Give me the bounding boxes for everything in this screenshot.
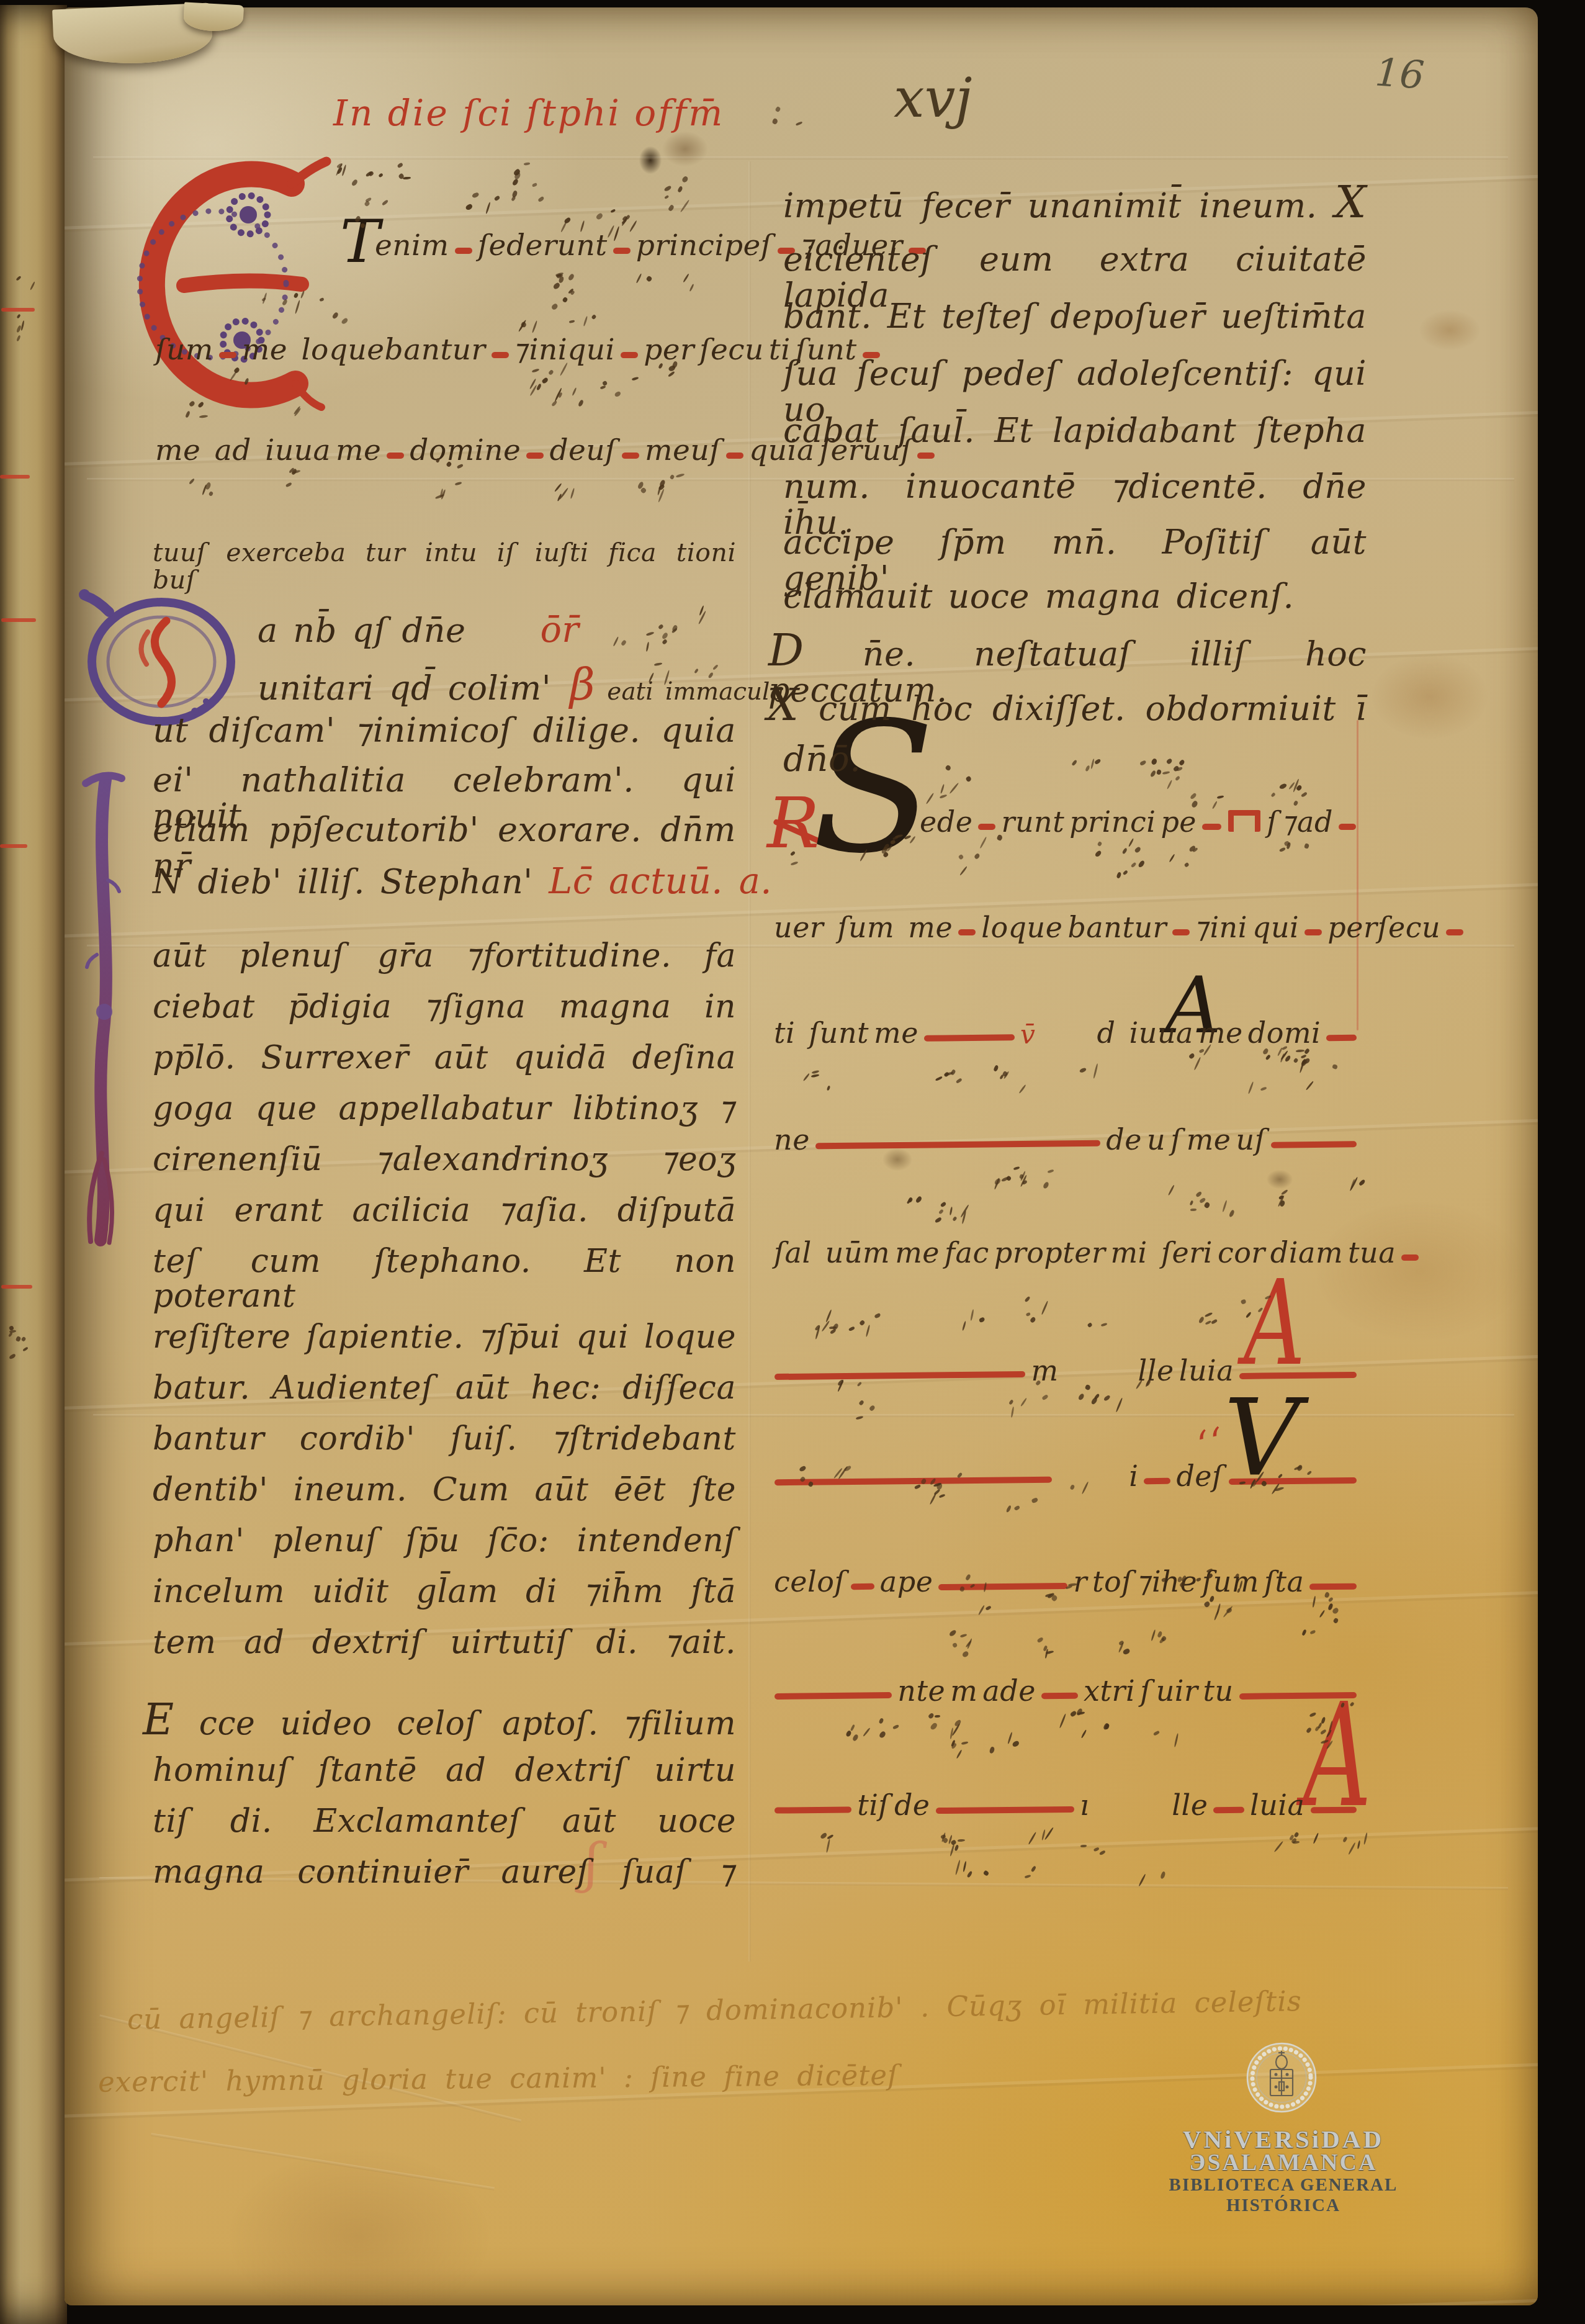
neume-mark (1035, 1380, 1041, 1386)
neume-mark (969, 1584, 975, 1589)
neume-mark (1331, 1607, 1339, 1615)
chant-line: ſal uūmmefacproptermi ſericordiamtua (771, 1230, 1360, 1269)
melisma-extender (1446, 929, 1463, 935)
neume-mark (341, 164, 347, 176)
chant-line: ntemadextriſuirtu (771, 1669, 1360, 1707)
neume-band (801, 1826, 1223, 1893)
neume-mark (1296, 785, 1303, 791)
neume-mark (956, 1078, 963, 1083)
neume-mark (351, 179, 359, 187)
neume-mark (1122, 1648, 1131, 1655)
neume-mark (664, 195, 669, 199)
neume-band (17, 239, 53, 379)
neume-mark (1340, 1702, 1345, 1708)
neume-mark (1193, 1057, 1201, 1071)
neume-mark (1103, 1394, 1111, 1401)
text-fragment: E (143, 1695, 174, 1745)
neume-mark (1293, 800, 1299, 806)
neume-mark (1313, 1596, 1317, 1608)
neume-mark (1160, 1871, 1166, 1879)
neume-mark (803, 1073, 810, 1081)
neume-mark (1031, 1866, 1037, 1873)
neume-band (801, 1296, 1359, 1340)
melisma-extender (621, 352, 638, 358)
neume-mark (1077, 1393, 1085, 1401)
neume-mark (1209, 1595, 1215, 1602)
neume-mark (1116, 871, 1121, 879)
syllable: qui (1250, 912, 1301, 944)
neume-mark (1101, 1322, 1108, 1326)
neume-mark (1166, 758, 1173, 765)
neume-mark (1247, 1081, 1254, 1094)
syllable: cor (1215, 1238, 1268, 1269)
neume-mark (1309, 1711, 1316, 1717)
melisma-extender (936, 1806, 1074, 1814)
neume-mark (820, 1832, 828, 1840)
neume-mark (980, 837, 988, 849)
neume-mark (1257, 1307, 1263, 1313)
neume-mark (1342, 1836, 1348, 1842)
neume-mark (1234, 1574, 1239, 1579)
neume-mark (30, 281, 36, 290)
melisma-extender (455, 248, 472, 254)
neume-mark (1069, 1484, 1075, 1490)
text-fragment: incelum uidit gl̄am di ⁊ih̄m ſtā (153, 1573, 736, 1610)
neume-mark (1174, 1733, 1179, 1747)
text-fragment: magna continuier̄ aureſ ſuaſ ⁊ (153, 1853, 736, 1891)
neume-mark (524, 162, 530, 165)
text-line: bantur cordib' ſuiſ. ⁊ſtridebant (153, 1421, 736, 1456)
text-line: reſiſtere ſapientie. ⁊ſp̄ui qui loque (153, 1320, 736, 1354)
text-line: aūt plenuſ gr̄a ⁊fortitudine. fa (153, 939, 736, 973)
neume-mark (890, 839, 896, 844)
neume-mark (1099, 1850, 1106, 1855)
text-line: batur. Audienteſ aūt hec: diſſeca (153, 1371, 736, 1405)
text-fragment: D (768, 624, 804, 676)
text-fragment: phan' plenuſ ſp̄u ſc̄o: intendenſ (153, 1522, 736, 1559)
neume-mark (1265, 1054, 1271, 1060)
neume-mark (1313, 1832, 1319, 1844)
neume-mark (1203, 1201, 1211, 1209)
neume-mark (775, 106, 781, 113)
syllable: diam (1268, 1238, 1345, 1269)
neume-mark (964, 1574, 971, 1581)
syllable: me (892, 1238, 942, 1269)
neume-mark (925, 793, 934, 804)
neume-mark (1145, 1379, 1151, 1387)
neume-mark (914, 1484, 921, 1490)
neume-mark (1207, 1573, 1214, 1579)
neume-mark (1007, 1732, 1013, 1744)
neume-mark (878, 1730, 886, 1739)
syllable: tua (1345, 1238, 1398, 1269)
neume-mark (1319, 1610, 1325, 1618)
melisma-extender (1401, 1254, 1419, 1261)
neume-mark (827, 1834, 834, 1840)
neume-mark (1006, 1176, 1012, 1182)
neume-band (987, 1162, 1372, 1223)
neume-mark (1082, 1481, 1090, 1495)
neume-mark (1264, 1295, 1271, 1300)
neume-mark (472, 192, 480, 199)
syllable: me (1184, 1125, 1234, 1156)
syllable: ede (917, 807, 975, 838)
neume-mark (920, 1478, 927, 1485)
neume-mark (548, 370, 554, 376)
neume-mark (959, 866, 968, 876)
neume-mark (1097, 841, 1102, 847)
neume-mark (1008, 1399, 1014, 1405)
neume-mark (1153, 1731, 1160, 1736)
syllable: princi (1067, 807, 1158, 838)
neume-mark (961, 1651, 969, 1658)
neume-mark (892, 1724, 899, 1729)
neume-mark (808, 1481, 814, 1487)
neume-mark (360, 223, 366, 229)
syllable: perſecu (1325, 912, 1443, 944)
neume-mark (20, 320, 25, 331)
syllable: uer ſum me (771, 912, 955, 944)
text-line: bant. Et teſteſ depoſuer̄ ueſtim̄ta (783, 299, 1367, 335)
neume-mark (879, 1718, 885, 1724)
syllable: de (1103, 1125, 1144, 1156)
neume-mark (810, 1074, 819, 1078)
neume-mark (712, 664, 719, 670)
neume-mark (671, 361, 678, 369)
neume-mark (954, 1860, 961, 1875)
neume-mark (1090, 1397, 1098, 1405)
neume-mark (1222, 1200, 1228, 1212)
melisma-extender (1172, 929, 1190, 935)
initial-i-illumination (76, 768, 132, 1253)
syllable: bantur (1065, 912, 1169, 944)
syllable: tiſ (855, 1790, 892, 1821)
chant-line: ſumme loquebantur⁊iniquiperſecutiſunt (153, 328, 736, 366)
neume-mark (827, 1086, 831, 1091)
neume-mark (1190, 1208, 1197, 1211)
neume-mark (799, 1465, 807, 1472)
text-line: magna continuier̄ aureſ ſuaſ ⁊ (153, 1855, 736, 1889)
neume-mark (568, 319, 575, 323)
neume-mark (1079, 1068, 1087, 1074)
neume-mark (1159, 1637, 1165, 1644)
neume-mark (552, 282, 560, 290)
text-fragment: cum hoc dixiſſet. obdormiuit ī (799, 689, 1367, 728)
neume-mark (974, 853, 981, 860)
neume-mark (938, 1209, 944, 1215)
neume-mark (940, 794, 948, 799)
neume-mark (959, 1586, 965, 1592)
chant-line: uer ſum meloquebantur⁊iniquiperſecu (771, 905, 1360, 944)
neume-mark (1048, 1169, 1054, 1173)
neume-mark (1240, 1299, 1246, 1305)
neume-mark (1206, 1568, 1213, 1572)
neume-mark (1115, 1397, 1123, 1412)
neume-mark (341, 318, 349, 325)
syllable: pe (1158, 807, 1199, 838)
neume-mark (945, 765, 952, 772)
rubric-heading: In die ſci ſtphi offm̄ (333, 92, 724, 134)
neume-mark (1093, 1063, 1098, 1079)
text-fragment: pp̄lō. Surrexer̄ aūt quidā deſina (153, 1039, 736, 1076)
neume-mark (209, 491, 214, 497)
text-line: teſ cum ſtephano. Et non poterant (153, 1244, 736, 1313)
neume-mark (1293, 1841, 1300, 1844)
text-line: tuuſ exerceba tur intu iſ iuſti fica tio… (153, 539, 736, 594)
neume-mark (1318, 1723, 1322, 1729)
syllable: runt (999, 807, 1067, 838)
neume-mark (16, 313, 21, 318)
neume-mark (985, 1605, 992, 1611)
melisma-extender (219, 352, 236, 358)
marginal-annotation: exercit' hymnū gloria tue canim' : ſine … (98, 2058, 899, 2098)
neume-mark (662, 639, 668, 645)
neume-mark (1332, 1064, 1338, 1070)
neume-mark (1274, 1840, 1284, 1852)
neume-mark (591, 314, 596, 320)
neume-mark (285, 482, 292, 487)
neume-mark (865, 1325, 870, 1337)
neume-mark (978, 1605, 986, 1616)
neume-mark (1151, 758, 1157, 765)
melisma-extender (775, 1692, 892, 1700)
syllable: tu (1201, 1676, 1236, 1707)
syllable: ⁊ad (1280, 807, 1336, 838)
neume-mark (1278, 1474, 1283, 1479)
neume-mark (895, 834, 903, 838)
melisma-extender (1041, 1693, 1078, 1700)
neume-mark (541, 377, 549, 384)
neume-band (801, 1629, 1372, 1665)
neume-band (1266, 1832, 1421, 1881)
neume-mark (635, 273, 642, 284)
neume-mark (676, 473, 685, 478)
neume-mark (595, 213, 604, 221)
text-fragment: aūt plenuſ gr̄a ⁊fortitudine. fa (153, 937, 736, 975)
neume-mark (16, 335, 21, 341)
neume-mark (1128, 838, 1134, 847)
text-fragment: goga que appellabatur libtinoʒ ⁊ (153, 1090, 736, 1127)
neume-mark (562, 297, 568, 304)
syllable: propter (992, 1238, 1108, 1269)
neume-mark (869, 1405, 876, 1412)
neume-mark (382, 199, 389, 206)
melisma-extender (492, 352, 509, 358)
neume-mark (9, 1353, 17, 1360)
neume-mark (956, 1472, 963, 1479)
neume-mark (465, 204, 473, 211)
neume-mark (331, 312, 339, 320)
neume-mark (811, 1070, 819, 1074)
neume-mark (963, 1861, 967, 1872)
neume-mark (960, 1633, 968, 1637)
neume-mark (1301, 1629, 1307, 1636)
syllable: ne (771, 1125, 812, 1156)
neume-band (825, 1702, 1198, 1765)
neume-mark (951, 1642, 958, 1649)
neume-mark (856, 1415, 864, 1420)
neume-mark (667, 204, 675, 212)
text-fragment: Lc̄ actuū. a. (533, 861, 773, 902)
neume-mark (670, 474, 675, 480)
neume-mark (1348, 1842, 1356, 1855)
text-line: clamauit uoce magna dicenſ. (783, 579, 1367, 615)
stamp-university-name2: ЭSALAMANCA (1122, 2149, 1445, 2176)
neume-mark (698, 610, 706, 624)
neume-mark (1304, 843, 1310, 849)
neume-band (217, 273, 732, 330)
neume-mark (1301, 791, 1308, 797)
neume-mark (205, 481, 212, 490)
neume-mark (551, 303, 559, 310)
neume-mark (935, 1076, 943, 1081)
neume-mark (994, 1178, 1002, 1186)
neume-mark (1270, 792, 1276, 798)
marginal-annotation: cū angeliſ ⁊ archangeliſ: cū troniſ ⁊ do… (127, 1984, 1302, 2036)
neume-mark (1135, 1380, 1143, 1390)
manuscript-photo: In die ſci ſtphi offm̄ xvj 16 T (0, 0, 1585, 2324)
text-fragment: ōr̄ (540, 610, 579, 651)
neume-mark (790, 850, 796, 856)
neume-mark (1093, 1847, 1100, 1852)
neume-mark (1190, 793, 1197, 800)
neume-mark (1304, 1048, 1310, 1055)
neume-mark (645, 276, 652, 282)
neume-mark (1041, 1300, 1048, 1315)
neume-mark (15, 1336, 21, 1342)
neume-mark (1228, 1209, 1234, 1217)
melisma-extender (1213, 1807, 1244, 1814)
neume-mark (1090, 759, 1095, 770)
neume-mark (1295, 1050, 1304, 1053)
neume-mark (979, 1317, 986, 1323)
text-fragment: cce uideo celoſ aptoſ. ⁊filium (174, 1705, 736, 1742)
text-fragment: tem ad dextriſ uirtutiſ di. ⁊ait. (153, 1624, 736, 1661)
text-fragment: cirenenſiū ⁊alexandrinoʒ ⁊eoʒ (153, 1141, 736, 1178)
text-line: impetū fecer̄ unanimit̄ ineum. X (783, 184, 1367, 224)
neume-mark (1358, 1179, 1366, 1187)
neume-mark (1223, 1606, 1233, 1618)
neume-mark (435, 457, 439, 463)
neume-mark (1085, 765, 1091, 772)
text-fragment: bant. Et teſteſ depoſuer̄ ueſtim̄ta (783, 297, 1367, 336)
neume-mark (1188, 1053, 1195, 1060)
neume-mark (1162, 771, 1170, 775)
neume-mark (1350, 1701, 1355, 1707)
neume-mark (244, 377, 249, 385)
syllable: de (892, 1790, 933, 1821)
neume-mark (559, 362, 568, 376)
neume-band (645, 663, 739, 694)
text-fragment: X (1335, 176, 1367, 228)
neume-mark (830, 1329, 837, 1335)
neume-mark (694, 668, 699, 673)
neume-mark (1332, 1617, 1339, 1624)
syllable: u (1144, 1125, 1168, 1156)
text-fragment: reſiſtere ſapientie. ⁊ſp̄ui qui loque (153, 1318, 736, 1356)
neume-mark (954, 1844, 959, 1851)
text-fragment: qui erant acilicia ⁊aſia. diſputā (153, 1192, 736, 1229)
text-line: tem ad dextriſ uirtutiſ di. ⁊ait. (153, 1625, 736, 1660)
text-fragment: ciebat p̄digia ⁊ſigna magna in (153, 988, 736, 1025)
neume-mark (874, 1313, 881, 1319)
neume-mark (631, 376, 639, 381)
melisma-extender (1239, 1372, 1357, 1379)
neume-mark (572, 387, 577, 396)
text-line: E cce uideo celoſ aptoſ. ⁊filium (143, 1702, 736, 1741)
syllable: ⁊ini (1193, 912, 1250, 944)
neume-mark (645, 641, 649, 651)
neume-mark (1087, 1322, 1093, 1328)
neume-mark (930, 1722, 938, 1731)
neume-mark (689, 284, 694, 292)
neume-mark (1138, 1874, 1146, 1887)
text-line: qui erant acilicia ⁊aſia. diſputā (153, 1193, 736, 1228)
text-line: cirenenſiū ⁊alexandrinoʒ ⁊eoʒ (153, 1142, 736, 1177)
text-fragment: impetū fecer̄ unanimit̄ ineum. (783, 186, 1335, 225)
neume-mark (677, 186, 683, 193)
neume-mark (825, 1839, 830, 1853)
neume-mark (856, 1381, 861, 1386)
neume-mark (962, 1321, 967, 1331)
neume-mark (1279, 847, 1286, 852)
neume-mark (281, 299, 287, 306)
text-fragment: clamauit uoce magna dicenſ. (783, 577, 1294, 616)
neume-mark (954, 1719, 962, 1727)
neume-mark (1319, 1729, 1326, 1735)
text-fragment: dn̄ō. (783, 739, 861, 780)
neume-mark (537, 196, 544, 202)
text-line: ciebat p̄digia ⁊ſigna magna in (153, 989, 736, 1024)
neume-mark (188, 400, 195, 407)
neume-band (9, 1294, 50, 1384)
neume-mark (935, 1217, 942, 1223)
melisma-extender (1339, 824, 1356, 830)
neume-mark (904, 835, 911, 840)
text-line: N dieb' illiſ. Stephan' Lc̄ actuū. a. (153, 863, 736, 901)
neume-mark (1010, 1407, 1014, 1418)
melisma-extender (1304, 929, 1322, 935)
neume-mark (1260, 1086, 1267, 1091)
neume-mark (1024, 1296, 1031, 1303)
neume-mark (654, 662, 663, 666)
text-fragment: cabat ſaul̄. Et lapidabant ſtepha (783, 411, 1367, 450)
neume-mark (859, 1320, 865, 1326)
neume-mark (681, 175, 689, 183)
neume-mark (1324, 1592, 1331, 1598)
neume-mark (20, 1336, 26, 1343)
neume-mark (659, 479, 666, 487)
neume-mark (1013, 1505, 1020, 1511)
neume-mark (485, 202, 491, 214)
neume-mark (1036, 1637, 1044, 1644)
neume-mark (1279, 783, 1288, 790)
neume-mark (934, 1714, 940, 1718)
neume-mark (456, 464, 463, 469)
neume-mark (197, 402, 204, 408)
neume-mark (1071, 759, 1077, 765)
neume-mark (22, 1346, 29, 1351)
neume-mark (583, 316, 588, 327)
text-fragment: N dieb' illiſ. Stephan' (153, 862, 533, 901)
neume-mark (938, 1493, 945, 1498)
neume-mark (1305, 1081, 1314, 1091)
neume-mark (1118, 1640, 1125, 1646)
neume-mark (664, 670, 670, 685)
text-line: phan' plenuſ ſp̄u ſc̄o: intendenſ (153, 1523, 736, 1558)
text-fragment: bantur cordib' ſuiſ. ⁊ſtridebant (153, 1420, 736, 1457)
neume-mark (1069, 1711, 1077, 1718)
